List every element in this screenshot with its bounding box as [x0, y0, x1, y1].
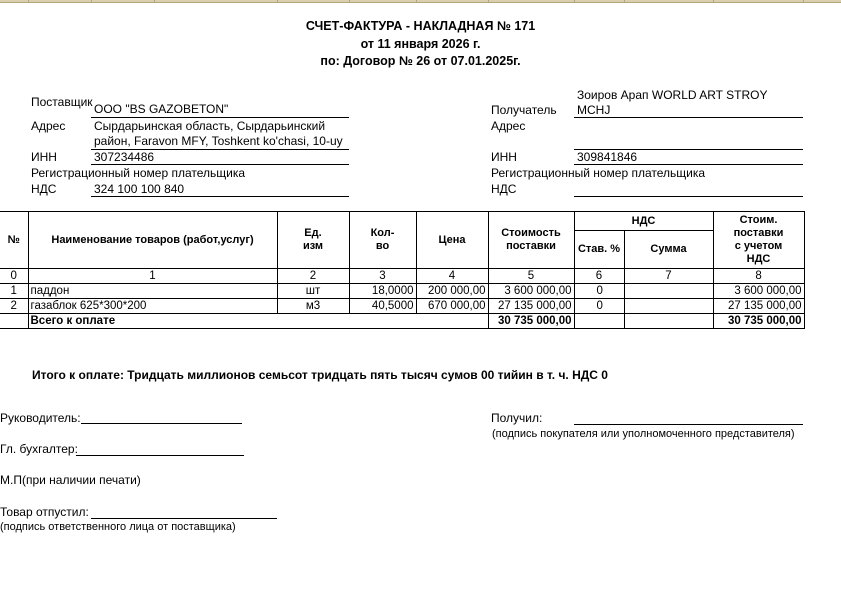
recipient-name-line2: MCHJ — [577, 103, 610, 117]
recipient-inn: 309841846 — [577, 150, 637, 164]
header-qty-line2: во — [352, 240, 414, 253]
recipient-nds-label: НДС — [491, 182, 516, 196]
row-name: паддон — [28, 284, 277, 299]
header-qty-line1: Кол- — [352, 227, 414, 240]
header-cost: Стоимость поставки — [488, 212, 574, 269]
column-separator — [349, 0, 350, 3]
received-note: (подпись покупателя или уполномоченного … — [492, 427, 795, 441]
header-num: № — [0, 212, 28, 269]
supplier-label: Поставщик — [31, 95, 93, 109]
column-separator — [624, 0, 625, 3]
colnum-7: 7 — [624, 269, 713, 284]
header-total-line4: НДС — [716, 253, 802, 266]
row-nds-sum — [624, 284, 713, 299]
header-nds-group: НДС — [574, 212, 713, 231]
column-separator — [713, 0, 714, 3]
row-nds-rate: 0 — [574, 299, 624, 314]
row-total: 27 135 000,00 — [713, 299, 804, 314]
recipient-nds-underline — [574, 196, 803, 197]
table-row: 2 газаблок 625*300*200 м3 40,5000 670 00… — [0, 299, 804, 314]
colnum-4: 4 — [416, 269, 488, 284]
recipient-name-underline — [574, 117, 803, 118]
supplier-address-line2: район, Faravon MFY, Toshkent ko'chasi, 1… — [94, 134, 343, 148]
total-with-nds: 30 735 000,00 — [713, 314, 804, 329]
colnum-5: 5 — [488, 269, 574, 284]
supplier-address-label: Адрес — [31, 119, 65, 133]
colnum-3: 3 — [349, 269, 416, 284]
supplier-nds-number: 324 100 100 840 — [94, 182, 184, 196]
supplier-reg-label: Регистрационный номер плательщика — [31, 166, 245, 180]
column-numbers-row: 0 1 2 3 4 5 6 7 8 — [0, 269, 804, 284]
header-nds-sum: Сумма — [624, 231, 713, 269]
supplier-name-underline — [91, 117, 349, 118]
director-label: Руководитель: — [0, 411, 81, 425]
header-cost-line2: поставки — [491, 240, 572, 253]
row-qty: 40,5000 — [349, 299, 416, 314]
total-label: Всего к оплате — [28, 314, 488, 329]
invoice-table: № Наименование товаров (работ,услуг) Ед.… — [0, 211, 805, 329]
column-separator — [28, 0, 29, 3]
header-total-line3: с учетом — [716, 240, 802, 253]
stamp-label: М.П(при наличии печати) — [0, 473, 141, 487]
supplier-address-line1: Сырдарьинская область, Сырдарьинский — [94, 119, 325, 133]
row-cost: 3 600 000,00 — [488, 284, 574, 299]
recipient-name-line1: Зоиров Арап WORLD ART STROY — [577, 88, 767, 102]
header-nds-rate: Став. % — [574, 231, 624, 269]
table-row: 1 паддон шт 18,0000 200 000,00 3 600 000… — [0, 284, 804, 299]
row-total: 3 600 000,00 — [713, 284, 804, 299]
received-signature-line — [574, 424, 803, 425]
supplier-nds-underline — [91, 196, 349, 197]
header-total-line1: Стоим. — [716, 214, 802, 227]
total-nds-sum — [624, 314, 713, 329]
column-separator — [277, 0, 278, 3]
row-unit: м3 — [277, 299, 349, 314]
supplier-inn: 307234486 — [94, 150, 154, 164]
column-separator — [154, 0, 155, 3]
invoice-date: от 11 января 2026 г. — [0, 36, 841, 52]
received-label: Получил: — [491, 411, 542, 425]
row-cost: 27 135 000,00 — [488, 299, 574, 314]
total-cost: 30 735 000,00 — [488, 314, 574, 329]
supplier-inn-underline — [91, 164, 349, 165]
invoice-title: СЧЕТ-ФАКТУРА - НАКЛАДНАЯ № 171 — [0, 18, 841, 34]
recipient-inn-label: ИНН — [491, 150, 517, 164]
column-separator — [574, 0, 575, 3]
row-qty: 18,0000 — [349, 284, 416, 299]
header-unit-line1: Ед. — [280, 227, 347, 240]
row-nds-sum — [624, 299, 713, 314]
recipient-inn-underline — [574, 164, 803, 165]
recipient-address-label: Адрес — [491, 119, 525, 133]
row-unit: шт — [277, 284, 349, 299]
header-unit-line2: изм — [280, 240, 347, 253]
recipient-reg-label: Регистрационный номер плательщика — [491, 166, 705, 180]
amount-in-words: Итого к оплате: Тридцать миллионов семьс… — [32, 368, 608, 382]
row-price: 200 000,00 — [416, 284, 488, 299]
row-price: 670 000,00 — [416, 299, 488, 314]
supplier-name: ООО "BS GAZOBETON" — [94, 102, 228, 116]
total-row: Всего к оплате 30 735 000,00 30 735 000,… — [0, 314, 804, 329]
header-name: Наименование товаров (работ,услуг) — [28, 212, 277, 269]
header-unit: Ед. изм — [277, 212, 349, 269]
spreadsheet-column-header-strip — [0, 0, 841, 3]
colnum-0: 0 — [0, 269, 28, 284]
header-total-with-nds: Стоим. поставки с учетом НДС — [713, 212, 804, 269]
column-separator — [803, 0, 804, 3]
supplier-nds-label: НДС — [31, 182, 56, 196]
row-nds-rate: 0 — [574, 284, 624, 299]
accountant-signature-line — [76, 455, 244, 456]
colnum-1: 1 — [28, 269, 277, 284]
released-label: Товар отпустил: — [0, 505, 89, 519]
column-separator — [488, 0, 489, 3]
supplier-inn-label: ИНН — [31, 150, 57, 164]
total-row-empty — [0, 314, 28, 329]
total-nds-rate — [574, 314, 624, 329]
accountant-label: Гл. бухгалтер: — [0, 442, 78, 456]
director-signature-line — [81, 423, 242, 424]
row-num: 1 — [0, 284, 28, 299]
released-note: (подпись ответственного лица от поставщи… — [0, 520, 236, 534]
header-qty: Кол- во — [349, 212, 416, 269]
header-cost-line1: Стоимость — [491, 227, 572, 240]
released-signature-line — [91, 518, 277, 519]
contract-line: по: Договор № 26 от 07.01.2025г. — [0, 53, 841, 69]
colnum-2: 2 — [277, 269, 349, 284]
colnum-6: 6 — [574, 269, 624, 284]
colnum-8: 8 — [713, 269, 804, 284]
row-name: газаблок 625*300*200 — [28, 299, 277, 314]
row-num: 2 — [0, 299, 28, 314]
header-price: Цена — [416, 212, 488, 269]
column-separator — [416, 0, 417, 3]
table-header-row: № Наименование товаров (работ,услуг) Ед.… — [0, 212, 804, 231]
column-separator — [91, 0, 92, 3]
header-total-line2: поставки — [716, 227, 802, 240]
recipient-label: Получатель — [491, 103, 557, 117]
